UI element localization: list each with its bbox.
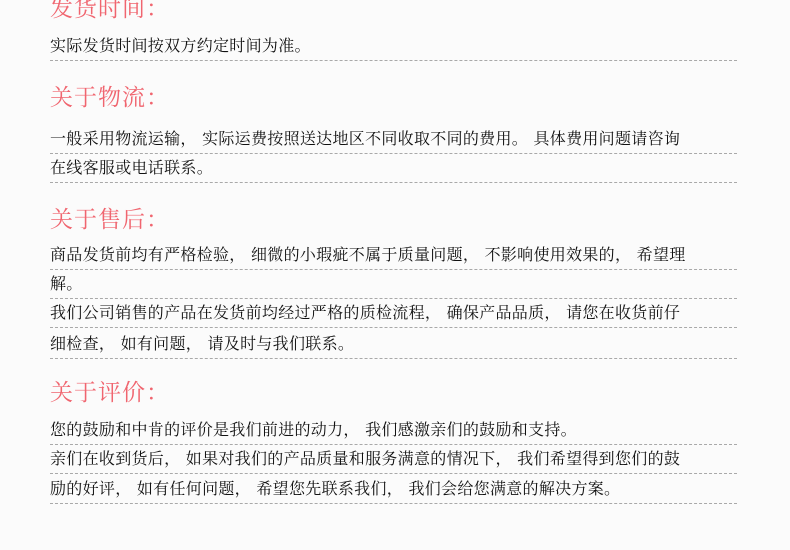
section-title-shipping-time: 发货时间： (50, 0, 170, 24)
text-line: 实际发货时间按双方约定时间为准。 (50, 32, 737, 61)
text-line: 商品发货前均有严格检验， 细微的小瑕疵不属于质量问题， 不影响使用效果的， 希望… (50, 241, 737, 270)
text-line: 励的好评， 如有任何问题， 希望您先联系我们， 我们会给您满意的解决方案。 (50, 475, 737, 504)
text-line: 细检查， 如有问题， 请及时与我们联系。 (50, 330, 737, 359)
section-title-logistics: 关于物流： (50, 83, 170, 113)
section-title-reviews: 关于评价： (50, 378, 170, 408)
section-title-after-sales: 关于售后： (50, 205, 170, 235)
text-line: 您的鼓励和中肯的评价是我们前进的动力， 我们感激亲们的鼓励和支持。 (50, 416, 737, 445)
text-line: 我们公司销售的产品在发货前均经过严格的质检流程， 确保产品品质， 请您在收货前仔 (50, 299, 737, 328)
text-line: 解。 (50, 270, 737, 299)
text-line: 在线客服或电话联系。 (50, 154, 737, 183)
text-line: 亲们在收到货后， 如果对我们的产品质量和服务满意的情况下， 我们希望得到您们的鼓 (50, 445, 737, 474)
text-line: 一般采用物流运输， 实际运费按照送达地区不同收取不同的费用。 具体费用问题请咨询 (50, 125, 737, 154)
